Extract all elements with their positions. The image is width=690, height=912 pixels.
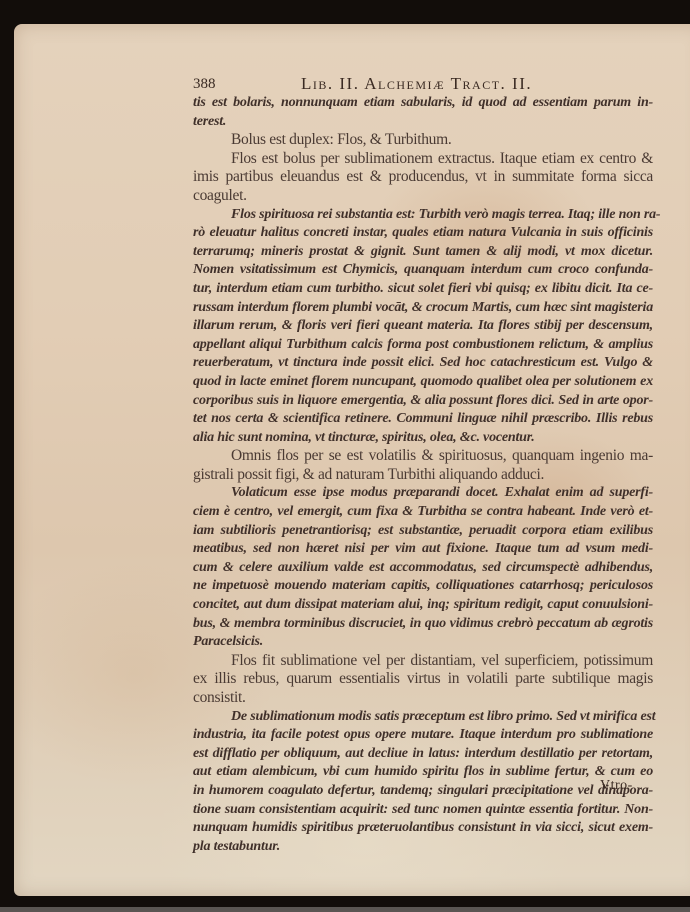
- text-line: Nomen vsitatissimum est Chymicis, quanqu…: [193, 261, 653, 280]
- text-line: ne impetuosè mouendo materiam capitis, c…: [193, 577, 653, 596]
- text-line: appellant aliqui Turbithum calcis forma …: [193, 336, 653, 355]
- text-line: meatibus, sed non hæret nisi per vim aut…: [193, 540, 653, 559]
- text-line: russam interdum florem plumbi vocāt, & c…: [193, 299, 653, 318]
- text-line: ex illis rebus, quarum essentialis virtu…: [193, 670, 653, 689]
- running-head: 388 Lib. II. Alchemiæ Tract. II.: [193, 74, 653, 94]
- text-line: quod in lacte eminet florem nuncupant, q…: [193, 373, 653, 392]
- paragraph-start-line: Flos fit sublimatione vel per distantiam…: [193, 652, 653, 671]
- text-line: concitet, aut dum dissipat materiam alui…: [193, 596, 653, 615]
- text-line: gistrali possit figi, & ad naturam Turbi…: [193, 466, 653, 485]
- text-line: tis est bolaris, nonnunquam etiam sabula…: [193, 94, 653, 113]
- text-line: corporibus suis in liquore emergentia, &…: [193, 392, 653, 411]
- text-line: in humorem coagulato defertur, tandemq; …: [193, 782, 653, 801]
- text-line: terrarumq; mineris prostat & gignit. Sun…: [193, 243, 653, 262]
- text-line: nunquam humidis spiritibus præteruolanti…: [193, 819, 653, 838]
- text-line: illarum rerum, & floris veri fieri quean…: [193, 317, 653, 336]
- paragraph-start-line: Flos est bolus per sublimationem extract…: [193, 150, 653, 169]
- paragraph-start-line: De sublimationum modis satis præceptum e…: [193, 708, 653, 727]
- text-line: rò eleuatur halitus concreti instar, qua…: [193, 224, 653, 243]
- paragraph-start-line: Bolus est duplex: Flos, & Turbithum.: [193, 131, 653, 150]
- paragraph-start-line: Omnis flos per se est volatilis & spirit…: [193, 447, 653, 466]
- text-line: imis partibus eleuandus est & producendu…: [193, 168, 653, 187]
- text-line: ciem è centro, vel emergit, cum fixa & T…: [193, 503, 653, 522]
- text-line: coagulet.: [193, 187, 653, 206]
- text-line: alia hic sunt nomina, vt tincturæ, spiri…: [193, 429, 653, 448]
- scan-bottom-edge: [0, 907, 690, 912]
- text-line: tur, interdum etiam cum turbitho. sicut …: [193, 280, 653, 299]
- text-line: industria, ita facile potest opus opere …: [193, 726, 653, 745]
- text-line: iam subtilioris penetrantiorisq; est sub…: [193, 522, 653, 541]
- catchword: Vtro-: [600, 778, 633, 794]
- text-line: pla testabuntur.: [193, 838, 653, 857]
- text-line: consistit.: [193, 689, 653, 708]
- body-text: tis est bolaris, nonnunquam etiam sabula…: [193, 94, 653, 856]
- text-line: Paracelsicis.: [193, 633, 653, 652]
- paragraph-start-line: Flos spirituosa rei substantia est: Turb…: [193, 206, 653, 225]
- page-number: 388: [193, 76, 216, 93]
- text-line: cum & celere auxilium valde est accommod…: [193, 559, 653, 578]
- text-line: reuerberatum, vt tinctura inde possit el…: [193, 354, 653, 373]
- running-head-title: Lib. II. Alchemiæ Tract. II.: [301, 74, 532, 94]
- text-line: bus, & membra torminibus discruciet, in …: [193, 615, 653, 634]
- paragraph-start-line: Volaticum esse ipse modus præparandi doc…: [193, 484, 653, 503]
- text-line: terest.: [193, 113, 653, 132]
- text-line: aut etiam alembicum, vbi cum humido spir…: [193, 763, 653, 782]
- text-line: est difflatio per obliquum, aut decliue …: [193, 745, 653, 764]
- text-line: tione suam consistentiam acquirit: sed t…: [193, 801, 653, 820]
- text-line: tet nos certa & scientifica retinere. Co…: [193, 410, 653, 429]
